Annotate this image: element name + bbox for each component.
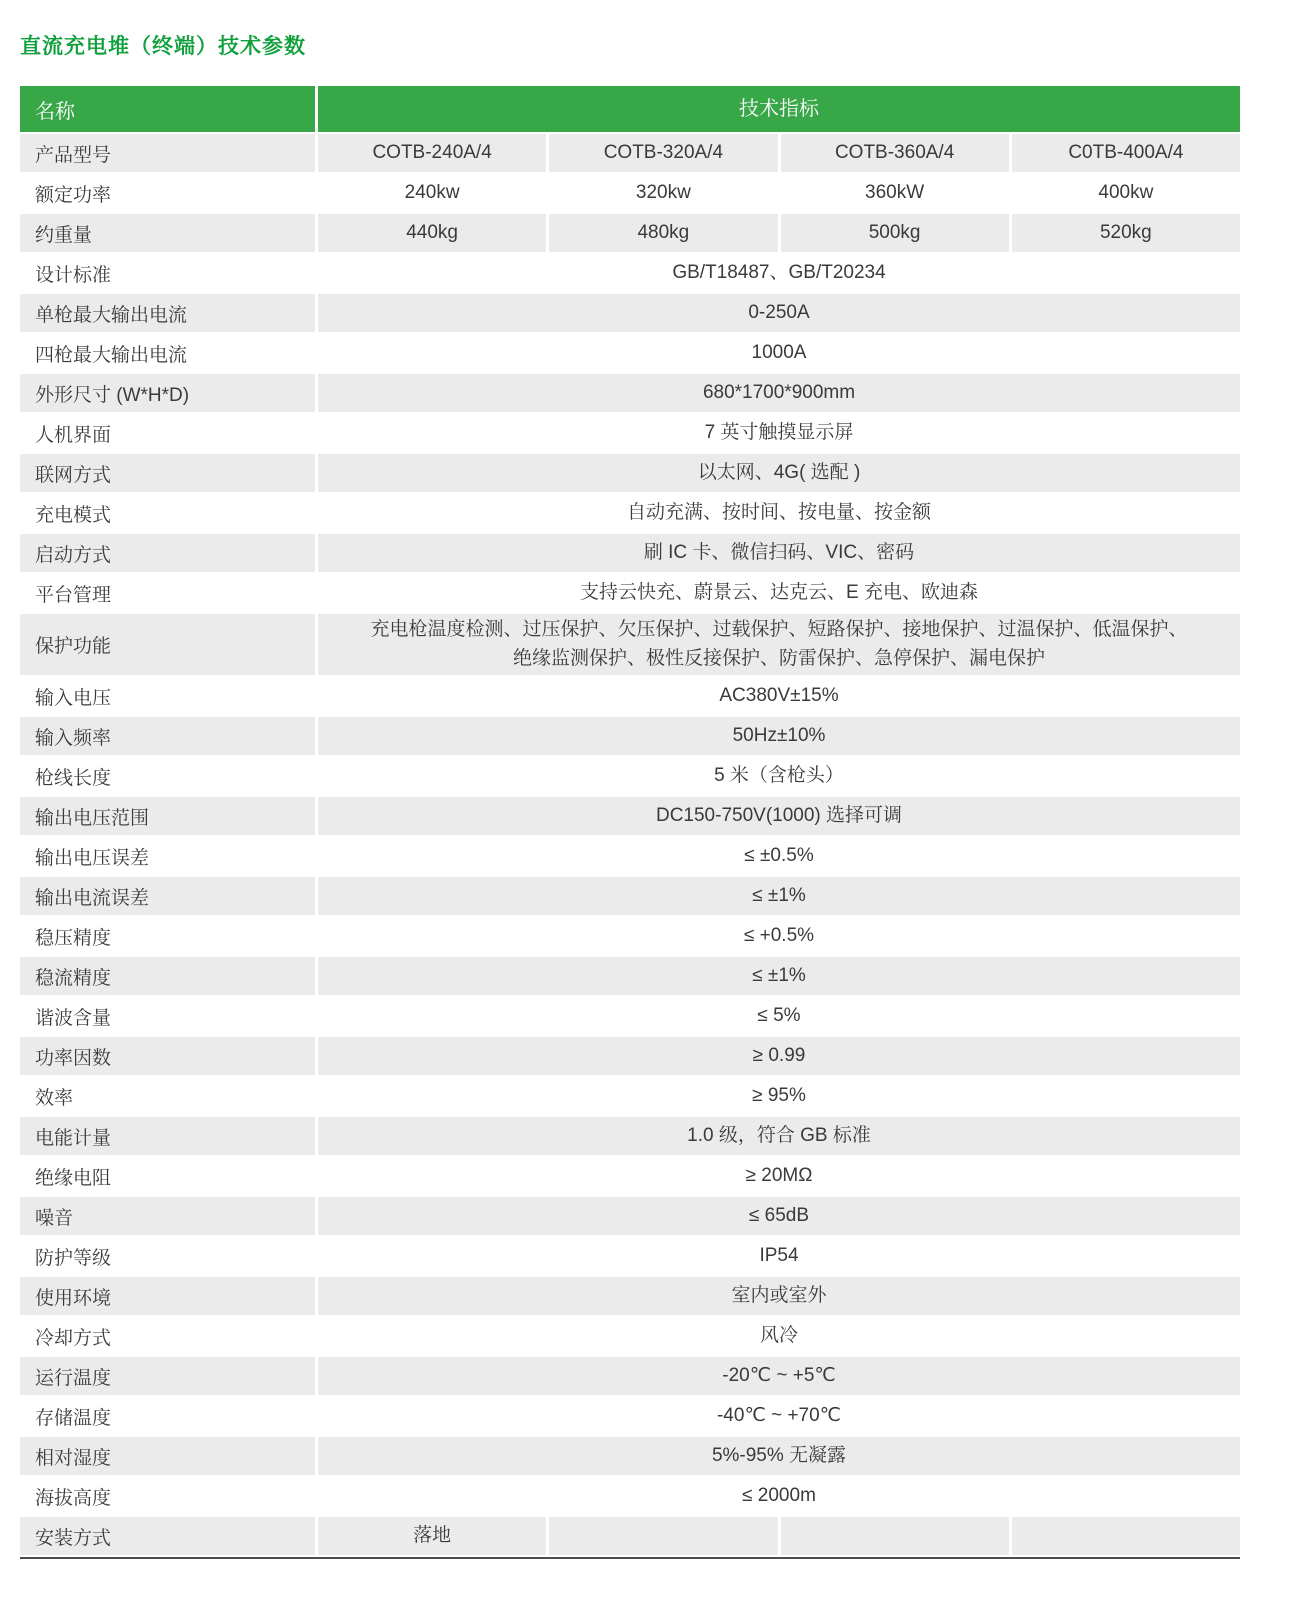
row-label: 谐波含量: [20, 997, 315, 1035]
row-value: COTB-360A/4: [781, 134, 1009, 172]
row-value: 480kg: [549, 214, 777, 252]
row-value: 5%-95% 无凝露: [318, 1437, 1240, 1475]
row-label: 平台管理: [20, 574, 315, 612]
table-row: 设计标准GB/T18487、GB/T20234: [20, 254, 1240, 292]
table-body: 产品型号COTB-240A/4COTB-320A/4COTB-360A/4C0T…: [20, 134, 1240, 1555]
row-value: 1000A: [318, 334, 1240, 372]
row-value: GB/T18487、GB/T20234: [318, 254, 1240, 292]
row-label: 外形尺寸 (W*H*D): [20, 374, 315, 412]
row-value: IP54: [318, 1237, 1240, 1275]
row-label: 人机界面: [20, 414, 315, 452]
row-value: COTB-240A/4: [318, 134, 546, 172]
row-value: 400kw: [1012, 174, 1240, 212]
row-value: 风冷: [318, 1317, 1240, 1355]
row-label: 产品型号: [20, 134, 315, 172]
table-row: 安装方式落地: [20, 1517, 1240, 1555]
table-row: 电能计量1.0 级，符合 GB 标准: [20, 1117, 1240, 1155]
row-label: 噪音: [20, 1197, 315, 1235]
header-spec-cell: 技术指标: [318, 86, 1240, 132]
row-value: ≤ +0.5%: [318, 917, 1240, 955]
row-label: 稳压精度: [20, 917, 315, 955]
row-label: 输入频率: [20, 717, 315, 755]
table-row: 充电模式自动充满、按时间、按电量、按金额: [20, 494, 1240, 532]
row-value: ≤ ±1%: [318, 957, 1240, 995]
table-row: 输出电压范围DC150-750V(1000) 选择可调: [20, 797, 1240, 835]
table-header-row: 名称 技术指标: [20, 86, 1240, 132]
row-label: 设计标准: [20, 254, 315, 292]
row-value: 刷 IC 卡、微信扫码、VIC、密码: [318, 534, 1240, 572]
table-row: 使用环境室内或室外: [20, 1277, 1240, 1315]
table-row: 四枪最大输出电流1000A: [20, 334, 1240, 372]
row-value: 240kw: [318, 174, 546, 212]
row-value: [1012, 1517, 1240, 1555]
row-value: ≤ ±0.5%: [318, 837, 1240, 875]
row-value: 0-250A: [318, 294, 1240, 332]
table-row: 海拔高度≤ 2000m: [20, 1477, 1240, 1515]
row-label: 约重量: [20, 214, 315, 252]
table-row: 存储温度-40℃ ~ +70℃: [20, 1397, 1240, 1435]
table-row: 谐波含量≤ 5%: [20, 997, 1240, 1035]
table-row: 冷却方式风冷: [20, 1317, 1240, 1355]
table-row: 平台管理支持云快充、蔚景云、达克云、E 充电、欧迪森: [20, 574, 1240, 612]
row-label: 四枪最大输出电流: [20, 334, 315, 372]
row-value: 充电枪温度检测、过压保护、欠压保护、过载保护、短路保护、接地保护、过温保护、低温…: [318, 614, 1240, 675]
row-label: 冷却方式: [20, 1317, 315, 1355]
row-value: 440kg: [318, 214, 546, 252]
row-value: ≥ 95%: [318, 1077, 1240, 1115]
table-row: 噪音≤ 65dB: [20, 1197, 1240, 1235]
table-bottom-border: [20, 1557, 1240, 1559]
row-label: 输出电压范围: [20, 797, 315, 835]
page-title: 直流充电堆（终端）技术参数: [20, 30, 1280, 60]
header-name-cell: 名称: [20, 86, 315, 132]
row-value: 1.0 级，符合 GB 标准: [318, 1117, 1240, 1155]
row-value: COTB-320A/4: [549, 134, 777, 172]
table-row: 启动方式刷 IC 卡、微信扫码、VIC、密码: [20, 534, 1240, 572]
row-value: 360kW: [781, 174, 1009, 212]
row-label: 存储温度: [20, 1397, 315, 1435]
table-row: 防护等级IP54: [20, 1237, 1240, 1275]
row-value: ≥ 0.99: [318, 1037, 1240, 1075]
row-label: 绝缘电阻: [20, 1157, 315, 1195]
table-row: 运行温度-20℃ ~ +5℃: [20, 1357, 1240, 1395]
table-row: 输出电压误差≤ ±0.5%: [20, 837, 1240, 875]
row-value: 500kg: [781, 214, 1009, 252]
spec-table: 名称 技术指标 产品型号COTB-240A/4COTB-320A/4COTB-3…: [20, 86, 1240, 1559]
row-value: AC380V±15%: [318, 677, 1240, 715]
row-value: 320kw: [549, 174, 777, 212]
row-value: [781, 1517, 1009, 1555]
row-label: 相对湿度: [20, 1437, 315, 1475]
table-row: 产品型号COTB-240A/4COTB-320A/4COTB-360A/4C0T…: [20, 134, 1240, 172]
row-value: 5 米（含枪头）: [318, 757, 1240, 795]
row-label: 防护等级: [20, 1237, 315, 1275]
row-value: 室内或室外: [318, 1277, 1240, 1315]
row-label: 使用环境: [20, 1277, 315, 1315]
row-value: ≤ ±1%: [318, 877, 1240, 915]
row-label: 启动方式: [20, 534, 315, 572]
table-row: 相对湿度5%-95% 无凝露: [20, 1437, 1240, 1475]
row-value: 以太网、4G( 选配 ): [318, 454, 1240, 492]
row-label: 输出电流误差: [20, 877, 315, 915]
row-value: -20℃ ~ +5℃: [318, 1357, 1240, 1395]
row-label: 海拔高度: [20, 1477, 315, 1515]
row-label: 稳流精度: [20, 957, 315, 995]
row-value: 50Hz±10%: [318, 717, 1240, 755]
table-row: 稳流精度≤ ±1%: [20, 957, 1240, 995]
row-label: 运行温度: [20, 1357, 315, 1395]
table-row: 外形尺寸 (W*H*D)680*1700*900mm: [20, 374, 1240, 412]
row-label: 联网方式: [20, 454, 315, 492]
table-row: 功率因数≥ 0.99: [20, 1037, 1240, 1075]
table-row: 人机界面7 英寸触摸显示屏: [20, 414, 1240, 452]
row-label: 效率: [20, 1077, 315, 1115]
table-row: 输入频率50Hz±10%: [20, 717, 1240, 755]
row-value: ≤ 2000m: [318, 1477, 1240, 1515]
row-label: 额定功率: [20, 174, 315, 212]
row-value: 7 英寸触摸显示屏: [318, 414, 1240, 452]
table-row: 输入电压AC380V±15%: [20, 677, 1240, 715]
row-label: 保护功能: [20, 614, 315, 675]
row-value: [549, 1517, 777, 1555]
table-row: 单枪最大输出电流0-250A: [20, 294, 1240, 332]
row-label: 输出电压误差: [20, 837, 315, 875]
row-value: 自动充满、按时间、按电量、按金额: [318, 494, 1240, 532]
row-value: C0TB-400A/4: [1012, 134, 1240, 172]
row-label: 枪线长度: [20, 757, 315, 795]
row-value: 落地: [318, 1517, 546, 1555]
row-value: ≤ 65dB: [318, 1197, 1240, 1235]
row-value: ≤ 5%: [318, 997, 1240, 1035]
table-row: 稳压精度≤ +0.5%: [20, 917, 1240, 955]
row-value: 支持云快充、蔚景云、达克云、E 充电、欧迪森: [318, 574, 1240, 612]
table-row: 枪线长度5 米（含枪头）: [20, 757, 1240, 795]
table-row: 联网方式以太网、4G( 选配 ): [20, 454, 1240, 492]
row-label: 单枪最大输出电流: [20, 294, 315, 332]
table-row: 输出电流误差≤ ±1%: [20, 877, 1240, 915]
spec-sheet-page: 直流充电堆（终端）技术参数 名称 技术指标 产品型号COTB-240A/4COT…: [0, 0, 1300, 1559]
row-value: DC150-750V(1000) 选择可调: [318, 797, 1240, 835]
row-label: 电能计量: [20, 1117, 315, 1155]
row-value: 680*1700*900mm: [318, 374, 1240, 412]
table-row: 保护功能充电枪温度检测、过压保护、欠压保护、过载保护、短路保护、接地保护、过温保…: [20, 614, 1240, 675]
row-value: ≥ 20MΩ: [318, 1157, 1240, 1195]
table-row: 额定功率240kw320kw360kW400kw: [20, 174, 1240, 212]
table-row: 效率≥ 95%: [20, 1077, 1240, 1115]
row-label: 安装方式: [20, 1517, 315, 1555]
row-label: 充电模式: [20, 494, 315, 532]
table-row: 绝缘电阻≥ 20MΩ: [20, 1157, 1240, 1195]
row-label: 输入电压: [20, 677, 315, 715]
table-row: 约重量440kg480kg500kg520kg: [20, 214, 1240, 252]
row-value: 520kg: [1012, 214, 1240, 252]
row-value: -40℃ ~ +70℃: [318, 1397, 1240, 1435]
row-label: 功率因数: [20, 1037, 315, 1075]
